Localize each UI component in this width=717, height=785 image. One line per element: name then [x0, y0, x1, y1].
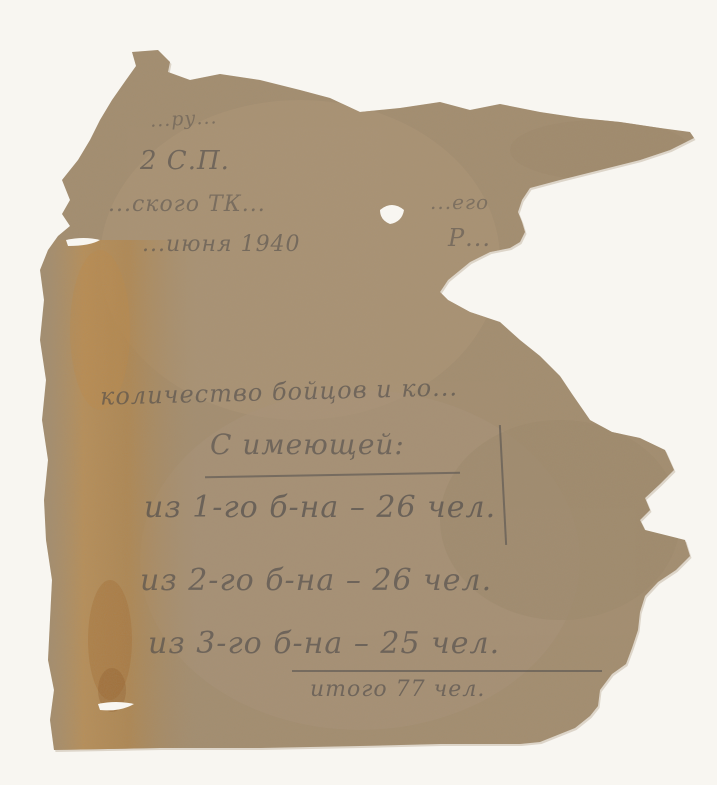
handwritten-line-header-3: ...ского ТК... — [108, 192, 266, 217]
handwritten-line-header-1: ...ру... — [149, 106, 217, 131]
scanned-document: ...ру... 2 С.П. ...ского ТК... ...его ..… — [0, 0, 717, 785]
handwritten-line-header-3b: ...его — [430, 190, 489, 214]
handwritten-line-heading: С имеющей: — [210, 428, 405, 461]
tally-total: итого 77 чел. — [310, 677, 485, 702]
handwritten-line-header-4b: Р... — [448, 224, 491, 252]
tally-row-battalion-1: из 1-го б-на – 26 чел. — [144, 490, 496, 525]
tally-row-battalion-2: из 2-го б-на – 26 чел. — [140, 563, 492, 598]
handwritten-line-unit: 2 С.П. — [140, 146, 230, 176]
total-rule — [292, 670, 602, 672]
tally-row-battalion-3: из 3-го б-на – 25 чел. — [148, 626, 500, 661]
handwritten-line-date: ...июня 1940 — [142, 232, 301, 257]
